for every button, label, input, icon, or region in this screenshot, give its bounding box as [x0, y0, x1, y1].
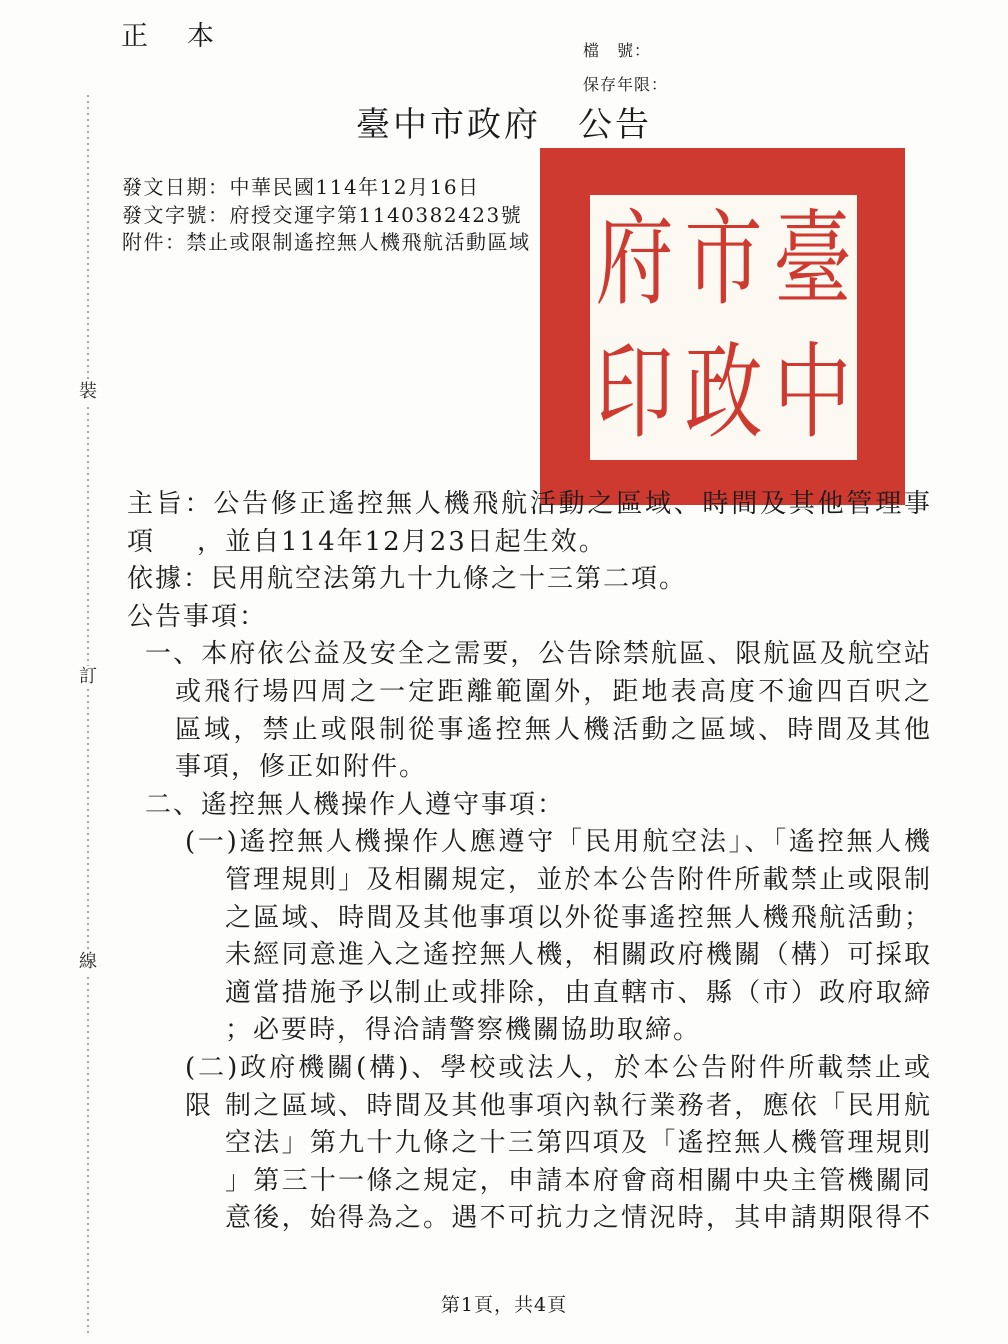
attachment-row: 附件：禁止或限制遙控無人機飛航活動區域 [122, 229, 531, 257]
body-line-item2-sub1-cont: 未經同意進入之遙控無人機，相關政府機關（構）可採取 [127, 937, 932, 975]
announcement-page: 裝 訂 線 正 本 檔 號： 保存年限： 臺中市政府 公告 發文日期：中華民國1… [0, 0, 1008, 1344]
page-number-footer: 第1頁，共4頁 [0, 1290, 1008, 1317]
doc-number-label: 發文字號： [122, 203, 230, 227]
issue-date-row: 發文日期：中華民國114年12月16日 [122, 174, 531, 202]
body-line-item1-cont: 事項，修正如附件。 [127, 749, 932, 787]
seal-character: 中 [758, 286, 867, 501]
body-line-basis: 依據：民用航空法第九十九條之十三第二項。 [127, 561, 932, 599]
file-info-block: 檔 號： 保存年限： [583, 34, 668, 102]
body-line-subject-cont: ，並自114年12月23日起生效。 [127, 524, 932, 562]
body-line-subject: 主旨：公告修正遙控無人機飛航活動之區域、時間及其他管理事項 [127, 486, 932, 524]
issuing-meta: 發文日期：中華民國114年12月16日 發文字號：府授交運字第114038242… [122, 174, 531, 257]
document-title: 臺中市政府 公告 [0, 103, 1008, 147]
body-line-item2-sub1: (一)遙控無人機操作人應遵守「民用航空法」、「遙控無人機 [127, 824, 932, 862]
body-line-item1: 一、本府依公益及安全之需要，公告除禁航區、限航區及航空站 [127, 636, 932, 674]
doc-number-value: 府授交運字第1140382423號 [230, 203, 523, 227]
attachment-label: 附件： [122, 230, 187, 254]
official-seal: 府 市 臺 印 政 中 [540, 148, 905, 505]
attachment-value: 禁止或限制遙控無人機飛航活動區域 [187, 230, 531, 254]
binding-mark-xian: 線 [76, 951, 100, 973]
issue-date-value: 中華民國114年12月16日 [230, 175, 480, 199]
body-line-item1-cont: 或飛行場四周之一定距離範圍外，距地表高度不逾四百呎之 [127, 674, 932, 712]
body-line-item2-sub2-cont: 制之區域、時間及其他事項內執行業務者，應依「民用航 [127, 1088, 932, 1126]
body-line-item2-sub2-cont: 意後，始得為之。遇不可抗力之情況時，其申請期限得不 [127, 1200, 932, 1238]
body-text: 主旨：公告修正遙控無人機飛航活動之區域、時間及其他管理事項 ，並自114年12月… [127, 486, 932, 1238]
retention-period-label: 保存年限： [583, 68, 668, 102]
binding-dotted-line [87, 95, 89, 1335]
file-number-label: 檔 號： [583, 34, 668, 68]
body-line-item2-sub2-cont: 空法」第九十九條之十三第四項及「遙控無人機管理規則 [127, 1125, 932, 1163]
body-line-item2-sub1-cont: 之區域、時間及其他事項以外從事遙控無人機飛航活動； [127, 900, 932, 938]
doc-number-row: 發文字號：府授交運字第1140382423號 [122, 202, 531, 230]
body-line-item2-sub1-cont: 適當措施予以制止或排除，由直轄市、縣（市）政府取締 [127, 975, 932, 1013]
body-line-item2-sub1-cont: ；必要時，得洽請警察機關協助取締。 [127, 1012, 932, 1050]
body-line-item2-sub2-cont: 」第三十一條之規定，申請本府會商相關中央主管機關同 [127, 1163, 932, 1201]
copy-type-label: 正 本 [121, 14, 220, 53]
body-line-item1-cont: 區域，禁止或限制從事遙控無人機活動之區域、時間及其他 [127, 712, 932, 750]
binding-mark-ding: 訂 [76, 666, 100, 688]
body-line-item2-sub2: (二)政府機關(構)、學校或法人，於本公告附件所載禁止或限 [127, 1050, 932, 1088]
body-line-item2-sub1-cont: 管理規則」及相關規定，並於本公告附件所載禁止或限制 [127, 862, 932, 900]
official-seal-inner: 府 市 臺 印 政 中 [590, 195, 857, 460]
binding-mark-zhuang: 裝 [76, 381, 100, 403]
body-line-item2: 二、遙控無人機操作人遵守事項： [127, 787, 932, 825]
body-line-items-heading: 公告事項： [127, 599, 932, 637]
issue-date-label: 發文日期： [122, 175, 230, 199]
